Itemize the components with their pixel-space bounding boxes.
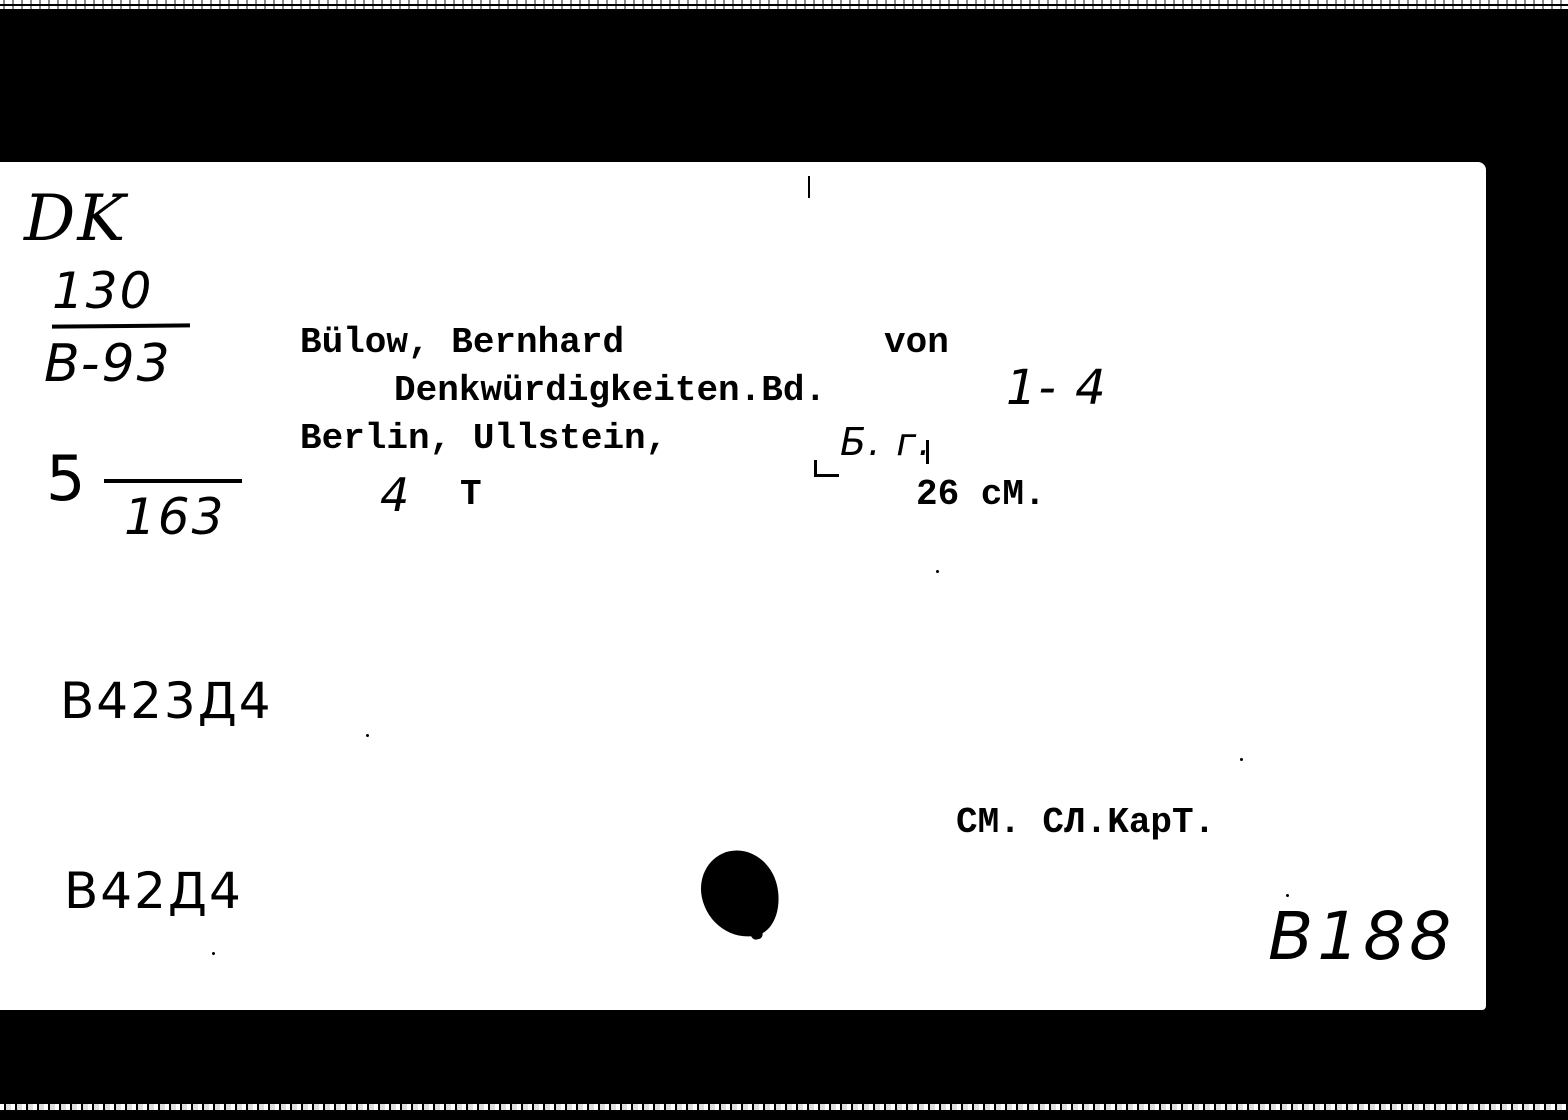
see-note: CM. CЛ.KapT. [956,802,1215,843]
catalog-card: DK 130 B-93 5 163 Bülow, Bernhard von De… [0,162,1486,1010]
copy-divider [104,479,242,483]
extent-typed: T [460,474,482,515]
speck [212,952,215,955]
copy-number: 163 [124,488,225,546]
imprint-line: Berlin, Ullstein, [300,418,667,459]
volumes-typed: Bd. [761,370,826,411]
speck [366,734,369,737]
scan-border-top [0,0,1568,9]
card-tick-mark [808,176,810,198]
shelf-mark: B188 [1268,898,1455,975]
size: 26 cM. [916,474,1046,515]
copy-prefix: 5 [46,442,87,515]
title-line: Denkwürdigkeiten.Bd. [394,370,826,411]
inventory-number: B423Д4 [60,672,273,730]
speck [1286,894,1289,897]
author-line: Bülow, Bernhard [300,322,624,363]
bracket-left [814,460,839,477]
ink-blot [694,843,787,945]
speck [1240,758,1243,761]
inventory-number: B42Д4 [64,862,243,920]
volumes-handwritten: 1- 4 [1006,360,1108,416]
call-number-class: DK [24,182,127,256]
call-number-number: 130 [52,262,153,320]
extent-handwritten: 4 [380,468,411,522]
scan-border-bottom [0,1104,1568,1110]
call-number-divider [52,323,190,328]
author-particle: von [884,322,949,363]
bracket-right [926,440,929,464]
title-text: Denkwürdigkeiten. [394,370,761,411]
speck [936,570,939,573]
imprint-year-handwritten: Б. г. [840,420,932,464]
call-number-cutter: B-93 [44,334,172,394]
